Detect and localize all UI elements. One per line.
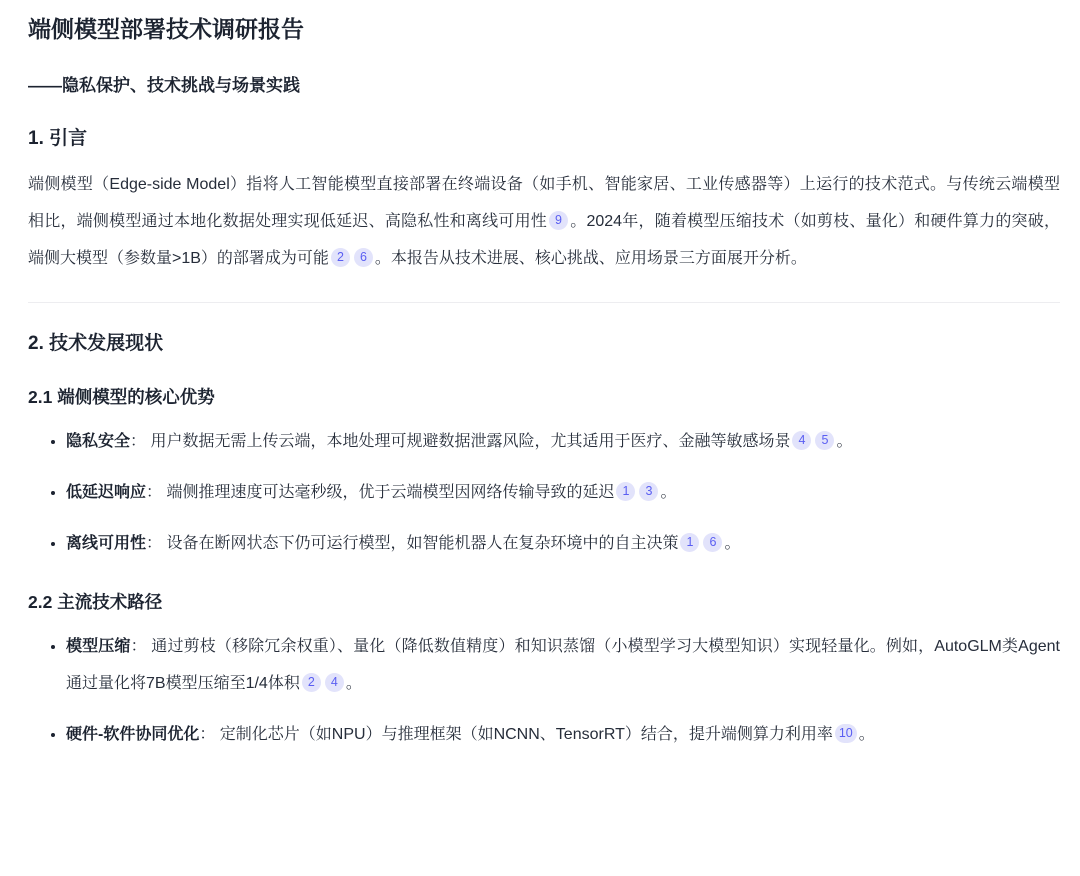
section-heading-tech-status: 2. 技术发展现状 bbox=[28, 331, 1060, 357]
text-run: 。 bbox=[724, 535, 740, 552]
citation-badge[interactable]: 6 bbox=[354, 248, 373, 267]
intro-paragraph: 端侧模型（Edge-side Model）指将人工智能模型直接部署在终端设备（如… bbox=[28, 166, 1060, 277]
citation-badge[interactable]: 2 bbox=[302, 673, 321, 692]
text-run: 。 bbox=[346, 675, 362, 692]
text-run: 。 bbox=[836, 433, 852, 450]
list-item: 隐私安全： 用户数据无需上传云端，本地处理可规避数据泄露风险，尤其适用于医疗、金… bbox=[66, 423, 1060, 460]
citation-badge[interactable]: 10 bbox=[835, 724, 857, 743]
text-run: ： 用户数据无需上传云端，本地处理可规避数据泄露风险，尤其适用于医疗、金融等敏感… bbox=[130, 433, 790, 450]
list-item: 模型压缩： 通过剪枝（移除冗余权重）、量化（降低数值精度）和知识蒸馏（小模型学习… bbox=[66, 628, 1060, 702]
advantages-list: 隐私安全： 用户数据无需上传云端，本地处理可规避数据泄露风险，尤其适用于医疗、金… bbox=[28, 423, 1060, 562]
text-run: ： 设备在断网状态下仍可运行模型，如智能机器人在复杂环境中的自主决策 bbox=[146, 535, 678, 552]
report-document: 端侧模型部署技术调研报告 ——隐私保护、技术挑战与场景实践 1. 引言 端侧模型… bbox=[0, 0, 1080, 753]
list-item: 硬件-软件协同优化： 定制化芯片（如NPU）与推理框架（如NCNN、Tensor… bbox=[66, 716, 1060, 753]
term-bold: 离线可用性 bbox=[66, 535, 146, 552]
report-subtitle: ——隐私保护、技术挑战与场景实践 bbox=[28, 74, 1060, 98]
text-run: 。 bbox=[859, 726, 875, 743]
list-item: 低延迟响应： 端侧推理速度可达毫秒级，优于云端模型因网络传输导致的延迟13。 bbox=[66, 474, 1060, 511]
citation-badge[interactable]: 1 bbox=[616, 482, 635, 501]
text-run: ： 通过剪枝（移除冗余权重）、量化（降低数值精度）和知识蒸馏（小模型学习大模型知… bbox=[66, 638, 1060, 692]
section-heading-intro: 1. 引言 bbox=[28, 126, 1060, 152]
list-item: 离线可用性： 设备在断网状态下仍可运行模型，如智能机器人在复杂环境中的自主决策1… bbox=[66, 525, 1060, 562]
report-title: 端侧模型部署技术调研报告 bbox=[28, 14, 1060, 44]
subsection-heading-advantages: 2.1 端侧模型的核心优势 bbox=[28, 385, 1060, 409]
term-bold: 低延迟响应 bbox=[66, 484, 146, 501]
section-divider bbox=[28, 302, 1060, 303]
citation-badge[interactable]: 6 bbox=[703, 533, 722, 552]
citation-badge[interactable]: 4 bbox=[325, 673, 344, 692]
citation-badge[interactable]: 1 bbox=[680, 533, 699, 552]
term-bold: 模型压缩 bbox=[66, 638, 131, 655]
citation-badge[interactable]: 5 bbox=[815, 431, 834, 450]
citation-badge[interactable]: 3 bbox=[639, 482, 658, 501]
text-run: ： 定制化芯片（如NPU）与推理框架（如NCNN、TensorRT）结合，提升端… bbox=[199, 726, 833, 743]
citation-badge[interactable]: 9 bbox=[549, 211, 568, 230]
text-run: ： 端侧推理速度可达毫秒级，优于云端模型因网络传输导致的延迟 bbox=[146, 484, 614, 501]
citation-badge[interactable]: 4 bbox=[792, 431, 811, 450]
term-bold: 硬件-软件协同优化 bbox=[66, 726, 199, 743]
term-bold: 隐私安全 bbox=[66, 433, 130, 450]
text-run: 。本报告从技术进展、核心挑战、应用场景三方面展开分析。 bbox=[375, 250, 807, 267]
paths-list: 模型压缩： 通过剪枝（移除冗余权重）、量化（降低数值精度）和知识蒸馏（小模型学习… bbox=[28, 628, 1060, 753]
text-run: 。 bbox=[660, 484, 676, 501]
citation-badge[interactable]: 2 bbox=[331, 248, 350, 267]
subsection-heading-paths: 2.2 主流技术路径 bbox=[28, 590, 1060, 614]
